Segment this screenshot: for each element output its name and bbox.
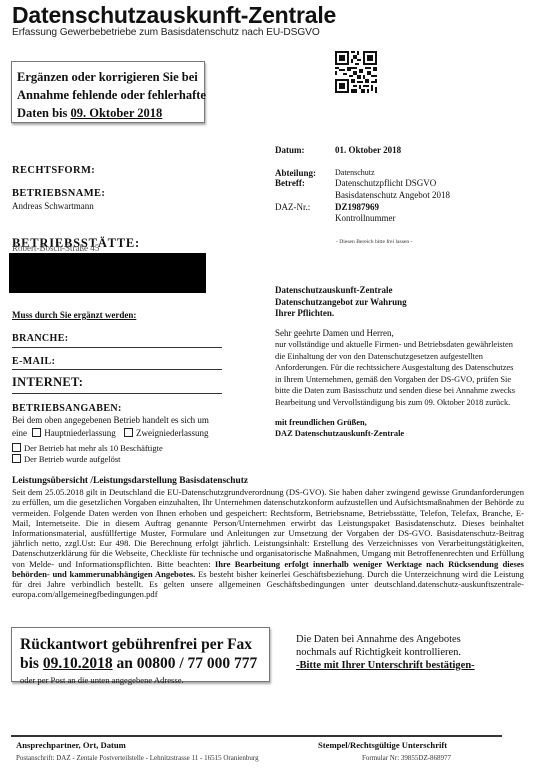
betriebsstaette-value: Robert-Bosch-Straße 45 — [12, 243, 99, 253]
must-complete-heading: Muss durch Sie ergänzt werden: — [12, 310, 136, 320]
betrieb-type-row: eine Hauptniederlassung Zweigniederlassu… — [12, 428, 208, 438]
form-number: Formular Nr: 39855DZ-868977 — [362, 754, 451, 762]
email-field-line[interactable] — [12, 369, 222, 370]
confirm-line-2: nochmals auf Richtigkeit kontrollieren. — [296, 646, 475, 659]
fax-line-2: bis 09.10.2018 an 00800 / 77 000 777 — [20, 655, 257, 673]
letter-salutation: Sehr geehrte Damen und Herren, — [275, 328, 520, 340]
abteilung-label: Abteilung: — [275, 168, 316, 178]
datum-value: 01. Oktober 2018 — [335, 145, 401, 155]
fax-deadline-date: 09.10.2018 — [43, 655, 113, 672]
overview-text-part-1: Seit dem 25.05.2018 gilt in Deutschland … — [12, 487, 524, 568]
daz-nr-label: DAZ-Nr.: — [275, 202, 310, 212]
page-subtitle: Erfassung Gewerbebetriebe zum Basisdaten… — [12, 27, 320, 38]
betreff-label: Betreff: — [275, 178, 305, 188]
notice-line-3: Daten bis 09. Oktober 2018 — [17, 106, 162, 121]
checkbox-more-than-10-employees[interactable] — [12, 443, 21, 452]
employees-row: Der Betrieb hat mehr als 10 Beschäftigte — [12, 443, 163, 453]
confirm-line-3: -Bitte mit Ihrer Unterschrift bestätigen… — [296, 659, 475, 672]
letter-closing-2: DAZ Datenschutzauskunft-Zentrale — [275, 428, 520, 440]
hauptniederlassung-label: Hauptniederlassung — [44, 428, 115, 438]
betreff-value-2: Basisdatenschutz Angebot 2018 — [335, 190, 450, 200]
abteilung-value: Datenschutz — [335, 168, 375, 177]
checkbox-dissolved[interactable] — [12, 454, 21, 463]
deadline-notice-box: Ergänzen oder korrigieren Sie bei Annahm… — [11, 61, 205, 123]
postal-address: Postanschrift: DAZ - Zentale Postverteil… — [16, 754, 259, 762]
overview-heading: Leistungsübersicht /Leistungsdarstellung… — [12, 476, 524, 486]
dissolved-row: Der Betrieb wurde aufgelöst — [12, 454, 121, 464]
confirm-note: Die Daten bei Annahme des Angebotes noch… — [296, 633, 475, 672]
checkbox-hauptniederlassung[interactable] — [32, 428, 41, 437]
fax-line-3: oder per Post an die unten angegebene Ad… — [20, 675, 184, 685]
zweigniederlassung-label: Zweigniederlassung — [136, 428, 208, 438]
internet-label: INTERNET: — [12, 375, 83, 390]
email-label: E-MAIL: — [12, 356, 55, 367]
qr-code-icon — [333, 49, 379, 95]
letter-heading-3: Ihrer Pflichten. — [275, 308, 520, 320]
branche-field-line[interactable] — [12, 347, 222, 348]
dissolved-label: Der Betrieb wurde aufgelöst — [24, 454, 121, 464]
service-overview: Leistungsübersicht /Leistungsdarstellung… — [12, 476, 524, 599]
daz-nr-value: DZ1987969 — [335, 202, 379, 212]
datum-label: Datum: — [275, 145, 305, 155]
fax-number: an 00800 / 77 000 777 — [113, 655, 258, 672]
notice-line-2: Annahme fehlende oder fehlerhafte — [17, 88, 206, 103]
notice-line-3-prefix: Daten bis — [17, 106, 70, 120]
free-area-note: - Diesen Bereich bitte frei lassen - — [336, 239, 412, 245]
betriebsname-value: Andreas Schwartmann — [12, 201, 94, 211]
overview-text: Seit dem 25.05.2018 gilt in Deutschland … — [12, 487, 524, 599]
fax-line-1: Rückantwort gebührenfrei per Fax — [20, 636, 252, 654]
stamp-signature-label: Stempel/Rechtsgültige Unterschrift — [318, 740, 447, 750]
signature-line[interactable] — [11, 735, 502, 737]
betriebsname-label: BETRIEBSNAME: — [12, 188, 105, 199]
redaction-block — [9, 253, 206, 293]
letter-body: nur vollständige und aktuelle Firmen- un… — [275, 339, 520, 409]
fax-line-2-prefix: bis — [20, 655, 43, 672]
more-than-10-employees-label: Der Betrieb hat mehr als 10 Beschäftigte — [24, 443, 163, 453]
notice-line-1: Ergänzen oder korrigieren Sie bei — [17, 70, 198, 85]
checkbox-zweigniederlassung[interactable] — [124, 428, 133, 437]
betriebsangaben-text: Bei dem oben angegebenen Betrieb handelt… — [12, 415, 209, 425]
letter-heading-1: Datenschutzauskunft-Zentrale — [275, 285, 520, 297]
betriebsangaben-label: BETRIEBSANGABEN: — [12, 403, 122, 414]
cover-letter: Datenschutzauskunft-Zentrale Datenschutz… — [275, 285, 520, 440]
contact-place-date-label: Ansprechpartner, Ort, Datum — [16, 740, 126, 750]
internet-field-line[interactable] — [12, 393, 222, 394]
daz-nr-sub: Kontrollnummer — [335, 213, 396, 223]
notice-deadline-date: 09. Oktober 2018 — [70, 106, 162, 120]
betreff-value-1: Datenschutzpflicht DSGVO — [335, 178, 436, 188]
eine-text: eine — [12, 428, 27, 438]
confirm-line-1: Die Daten bei Annahme des Angebotes — [296, 633, 475, 646]
letter-closing-1: mit freundlichen Grüßen, — [275, 417, 520, 429]
branche-label: BRANCHE: — [12, 333, 69, 344]
rechtsform-label: RECHTSFORM: — [12, 165, 95, 176]
fax-reply-box: Rückantwort gebührenfrei per Fax bis 09.… — [11, 627, 270, 682]
page-title: Datenschutzauskunft-Zentrale — [12, 2, 336, 29]
letter-heading-2: Datenschutzangebot zur Wahrung — [275, 297, 520, 309]
